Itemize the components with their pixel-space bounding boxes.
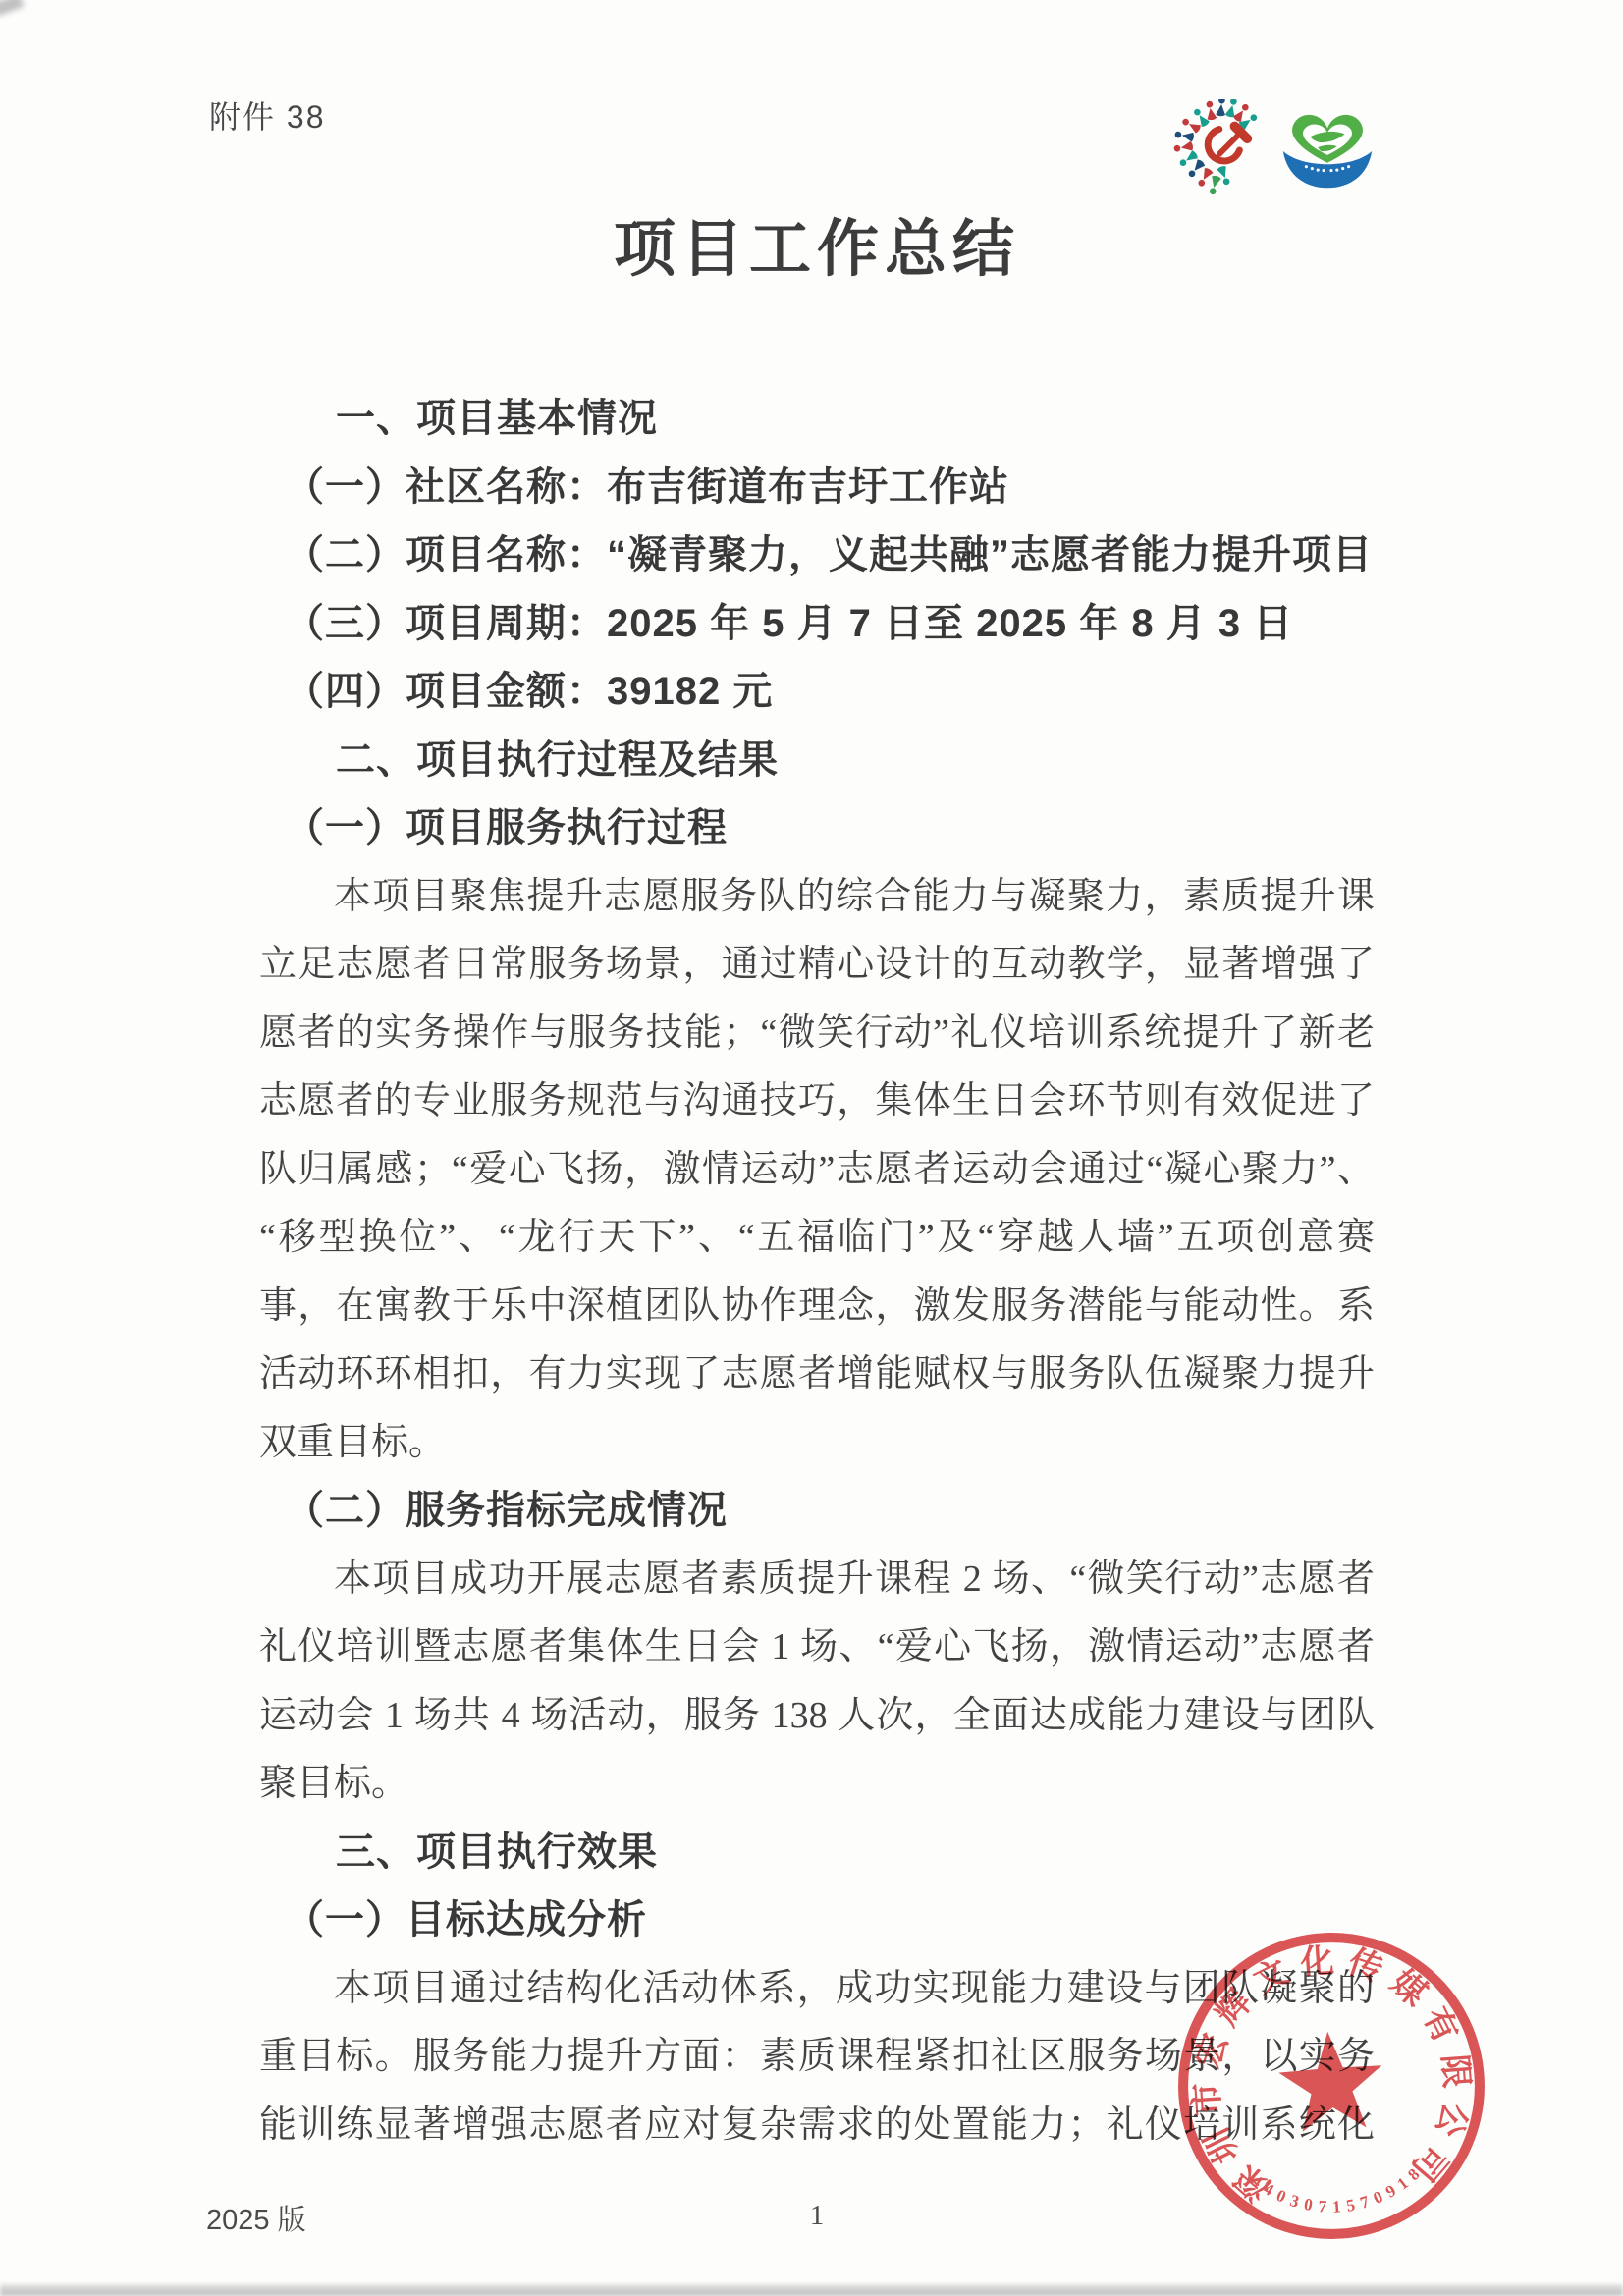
paragraph-line: 礼仪培训暨志愿者集体生日会 1 场、“爱心飞扬，激情运动”志愿者 bbox=[259, 1613, 1375, 1682]
paragraph-line: 志愿者的专业服务规范与沟通技巧，集体生日会环节则有效促进了团 bbox=[259, 1067, 1375, 1136]
paragraph-line: 聚目标。 bbox=[259, 1750, 1375, 1819]
sub-heading: （四）项目金额：39182 元 bbox=[259, 658, 1375, 727]
scan-artifact-bottom-edge bbox=[0, 2284, 1623, 2296]
paragraph-line: 本项目成功开展志愿者素质提升课程 2 场、“微笑行动”志愿者 bbox=[259, 1546, 1375, 1614]
sub-heading: （二）项目名称：“凝青聚力，义起共融”志愿者能力提升项目 bbox=[259, 521, 1375, 590]
paragraph-line: 愿者的实务操作与服务技能；“微笑行动”礼仪培训系统提升了新老 bbox=[259, 1000, 1375, 1068]
seal-star-icon bbox=[1276, 2028, 1386, 2133]
paragraph-line: 双重目标。 bbox=[259, 1409, 1375, 1478]
hammer-sickle-icon bbox=[1208, 127, 1247, 161]
document-page: 附件 38 bbox=[0, 0, 1623, 2296]
document-body: 一、项目基本情况 （一）社区名称：布吉街道布吉圩工作站 （二）项目名称：“凝青聚… bbox=[259, 385, 1375, 2159]
sub-heading: （三）项目周期：2025 年 5 月 7 日至 2025 年 8 月 3 日 bbox=[259, 590, 1375, 659]
section-heading: 三、项目执行效果 bbox=[259, 1819, 1375, 1887]
volunteer-heart-logo-icon bbox=[1275, 102, 1380, 194]
attachment-label: 附件 38 bbox=[209, 92, 326, 137]
paragraph-line: 立足志愿者日常服务场景，通过精心设计的互动教学，显著增强了志 bbox=[259, 931, 1375, 1000]
header-logos bbox=[1171, 98, 1382, 198]
section-heading: 一、项目基本情况 bbox=[259, 385, 1375, 454]
paragraph-line: “移型换位”、“龙行天下”、“五福临门”及“穿越人墙”五项创意赛 bbox=[259, 1204, 1375, 1273]
paragraph-line: 事，在寓教于乐中深植团队协作理念，激发服务潜能与能动性。系列 bbox=[259, 1273, 1375, 1341]
paragraph-line: 活动环环相扣，有力实现了志愿者增能赋权与服务队伍凝聚力提升的 bbox=[259, 1340, 1375, 1409]
sub-heading: （二）服务指标完成情况 bbox=[259, 1477, 1375, 1546]
sub-heading: （一）项目服务执行过程 bbox=[259, 794, 1375, 863]
paragraph-line: 本项目聚焦提升志愿服务队的综合能力与凝聚力，素质提升课程 bbox=[259, 863, 1375, 932]
sub-heading: （一）社区名称：布吉街道布吉圩工作站 bbox=[259, 454, 1375, 522]
section-heading: 二、项目执行过程及结果 bbox=[259, 727, 1375, 795]
party-heart-logo-icon bbox=[1171, 99, 1258, 197]
paragraph-line: 队归属感；“爱心飞扬，激情运动”志愿者运动会通过“凝心聚力”、 bbox=[259, 1136, 1375, 1205]
page-title: 项目工作总结 bbox=[259, 208, 1375, 291]
paragraph-line: 运动会 1 场共 4 场活动，服务 138 人次，全面达成能力建设与团队凝 bbox=[259, 1682, 1375, 1751]
scan-artifact-corner bbox=[0, 0, 24, 17]
footer-page-number: 1 bbox=[259, 2200, 1375, 2232]
